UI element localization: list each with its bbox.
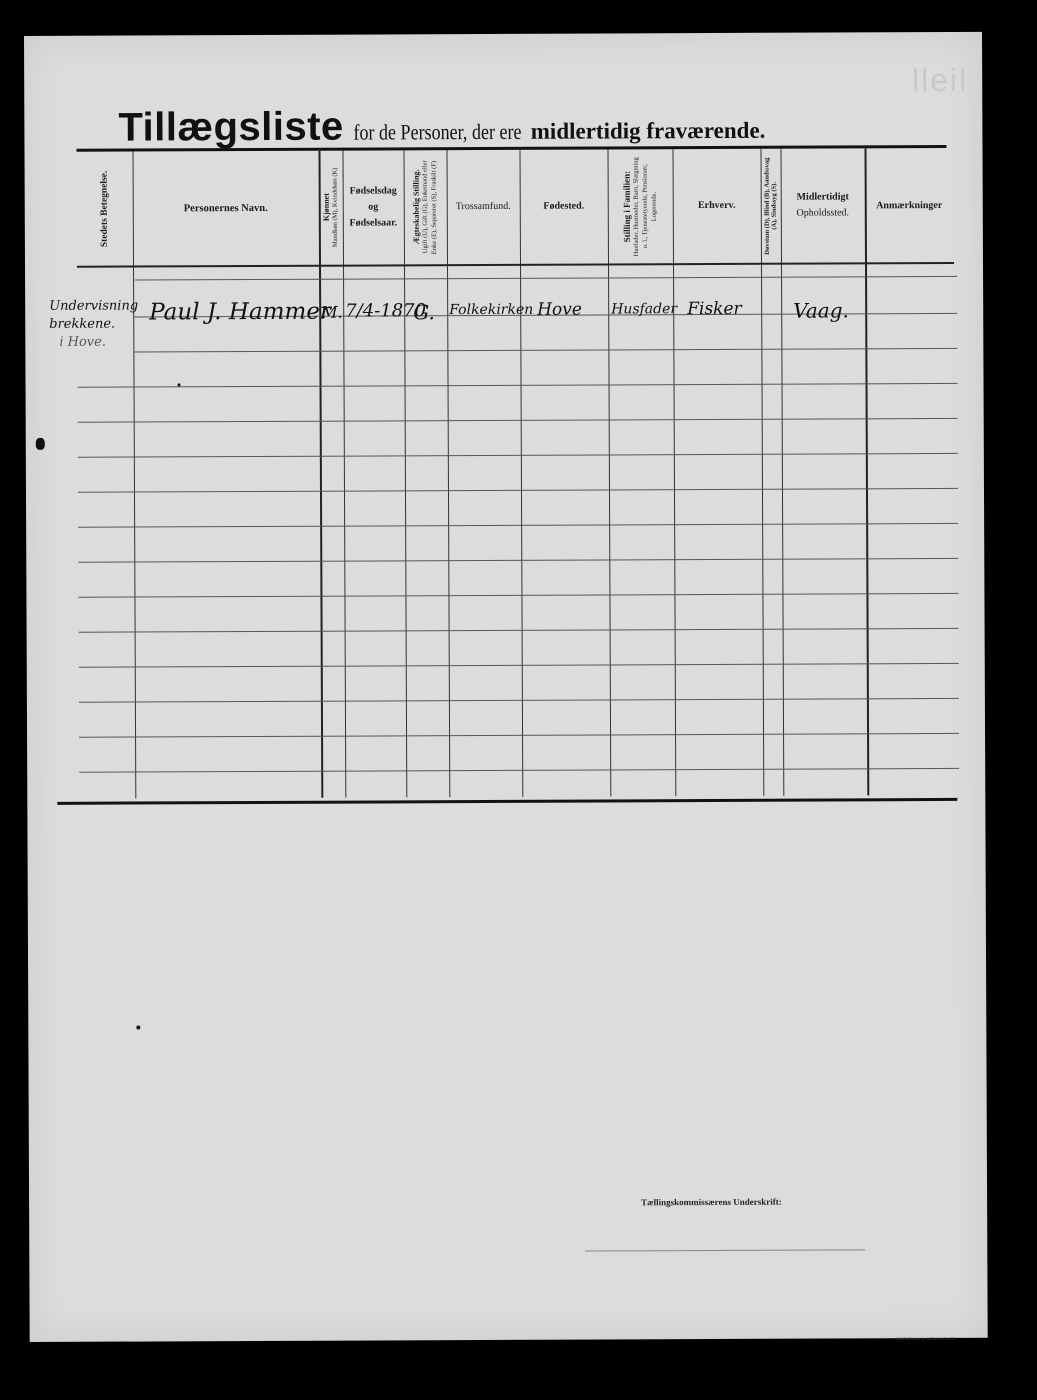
signature-field[interactable] bbox=[585, 1249, 865, 1251]
row-line bbox=[79, 663, 959, 668]
census-form-sheet: lleil Tillægsliste for de Personer, der … bbox=[24, 32, 988, 1342]
ink-speck bbox=[136, 1026, 140, 1030]
row-line bbox=[78, 488, 958, 493]
title-subtitle: for de Personer, der ere bbox=[354, 119, 522, 146]
form-title: Tillægsliste for de Personer, der ere mi… bbox=[118, 103, 765, 151]
header-dovstum-blind: Døvstum (D), Blind (B), Aandssvag (A), S… bbox=[760, 149, 780, 263]
printer-mark: GRØNDAHL & SØNS BOGTR. bbox=[896, 1336, 958, 1341]
signature-label: Tællingskommissærens Underskrift: bbox=[641, 1197, 782, 1208]
row-line bbox=[79, 628, 959, 633]
row-line bbox=[79, 698, 959, 703]
header-fodselsdag: Fødselsdag og Fødselsaar. bbox=[343, 150, 404, 264]
row-line bbox=[78, 418, 958, 423]
row-line bbox=[78, 523, 958, 528]
row-line bbox=[135, 276, 957, 281]
header-personernes-navn: Personernes Navn. bbox=[133, 151, 319, 266]
row-line bbox=[133, 348, 957, 353]
cell-erhverv: Fisker bbox=[687, 299, 742, 319]
header-anmaerkninger: Anmærkninger bbox=[864, 148, 953, 262]
title-emphasis: midlertidig fraværende. bbox=[531, 118, 766, 145]
cell-stilling-i-familien: Husfader bbox=[611, 301, 677, 317]
header-aegteskabelig-stilling: Ægteskabelig Stilling.Ugift (U), Gift (G… bbox=[404, 150, 447, 264]
bleed-through-text: lleil bbox=[912, 62, 968, 99]
header-midlertidigt-opholdssted: Midlertidigt Opholdssted. bbox=[780, 148, 864, 262]
ink-speck bbox=[178, 383, 181, 386]
row-line bbox=[78, 453, 958, 458]
census-table: Stedets Betegnelse. Personernes Navn. Kj… bbox=[77, 148, 957, 807]
cell-stedets-betegnelse: Undervisning brekkene. i Hove. bbox=[49, 298, 138, 352]
header-stilling-i-familien: Stilling i Familien:Husfader, Husmoder, … bbox=[608, 149, 673, 263]
cell-fodested: Hove bbox=[537, 300, 582, 320]
cell-aegteskabelig-stilling: G. bbox=[413, 300, 435, 324]
row-line bbox=[78, 558, 958, 563]
header-kjonnet: KjønnetMandkøn (M), Kvindekøn (K) bbox=[319, 151, 343, 265]
cell-trossamfund: Folkekirken bbox=[449, 302, 533, 318]
header-trossamfund: Trossamfund. bbox=[447, 150, 520, 264]
header-stedets-betegnelse: Stedets Betegnelse. bbox=[77, 152, 133, 266]
row-line bbox=[79, 733, 959, 738]
header-erhverv: Erhverv. bbox=[673, 149, 761, 263]
row-line bbox=[79, 768, 959, 773]
ink-blot bbox=[36, 438, 45, 450]
row-line bbox=[78, 593, 958, 598]
title-main: Tillægsliste bbox=[118, 105, 344, 151]
cell-kjonnet: M. bbox=[321, 303, 343, 322]
header-fodested: Fødested. bbox=[520, 149, 608, 263]
cell-navn: Paul J. Hammer bbox=[149, 299, 331, 326]
row-line bbox=[78, 383, 958, 388]
cell-opholdssted: Vaag. bbox=[793, 298, 849, 322]
